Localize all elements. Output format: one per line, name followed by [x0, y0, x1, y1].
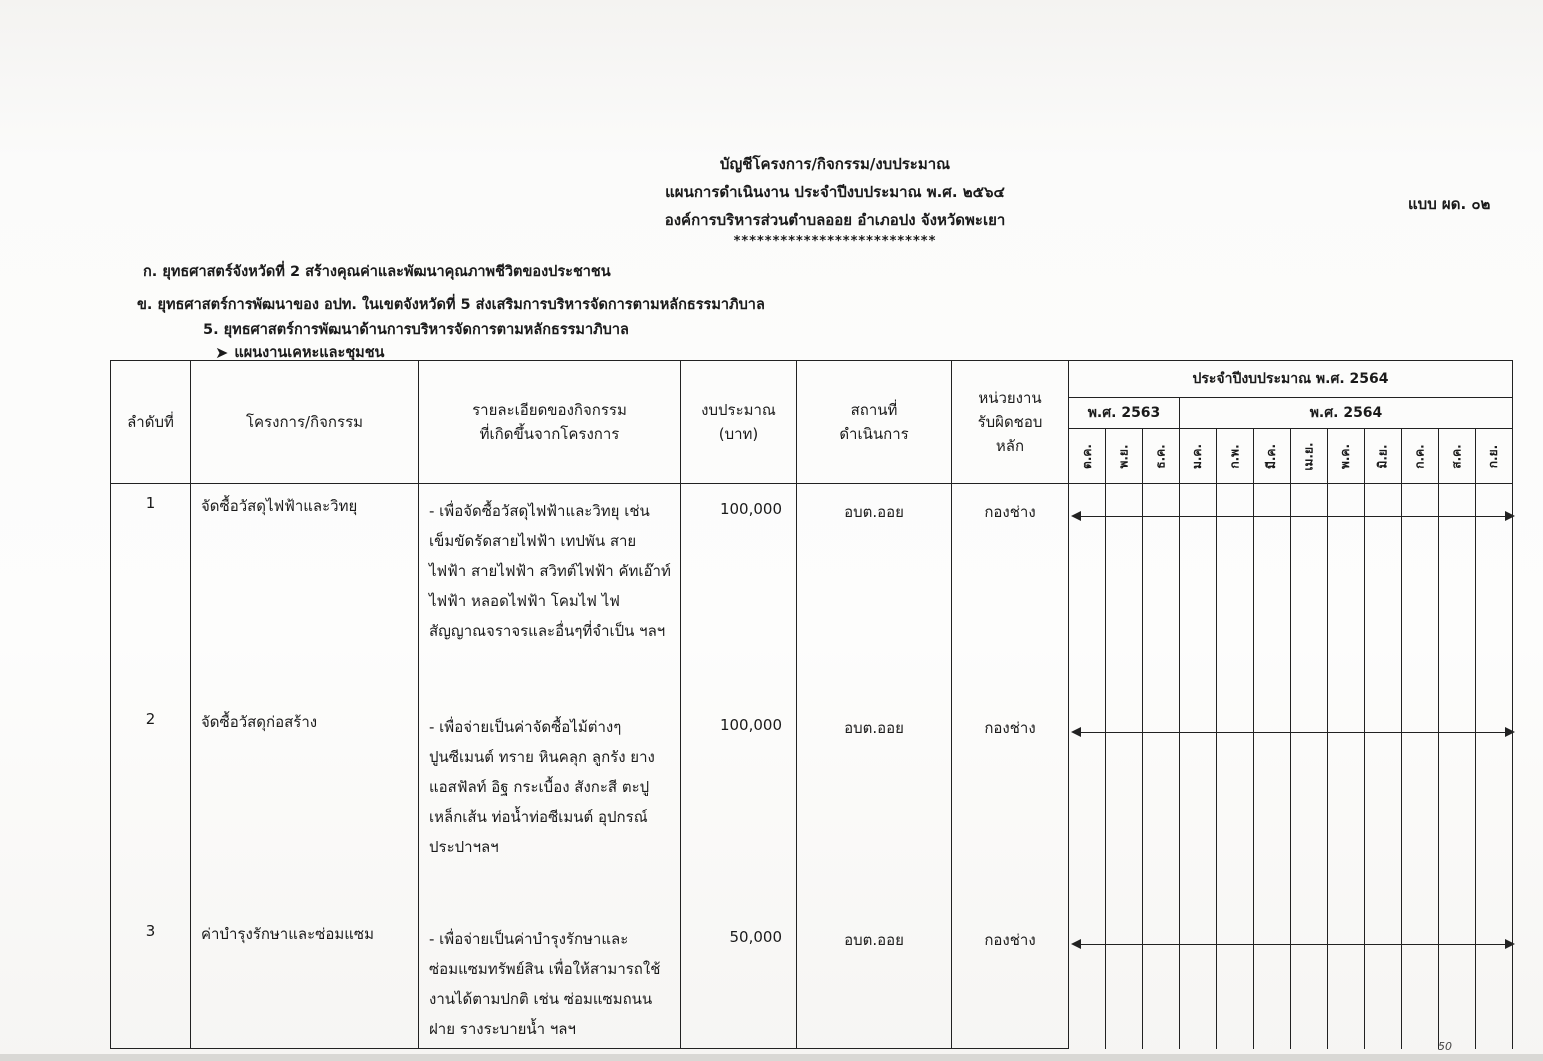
month-cell	[1180, 912, 1217, 1049]
month-cell	[1328, 912, 1365, 1049]
month-cell	[1217, 700, 1254, 912]
month-cell	[1291, 912, 1328, 1049]
month-cell	[1402, 484, 1439, 701]
month-label: พ.ย.	[1115, 444, 1134, 468]
month-label: ธ.ค.	[1152, 444, 1171, 468]
header-unit-line3: หลัก	[952, 434, 1068, 458]
local-strategy: ข. ยุทธศาสตร์การพัฒนาของ อปท. ในเขตจังหว…	[137, 293, 765, 316]
month-cell	[1069, 912, 1106, 1049]
header-month: ก.พ.	[1217, 429, 1254, 484]
header-place: สถานที่ ดำเนินการ	[797, 361, 952, 484]
month-cell	[1254, 484, 1291, 701]
month-cell	[1476, 484, 1513, 701]
header-detail: รายละเอียดของกิจกรรม ที่เกิดขึ้นจากโครงก…	[419, 361, 681, 484]
month-cell	[1439, 912, 1476, 1049]
month-cell	[1217, 484, 1254, 701]
header-month: ก.ค.	[1402, 429, 1439, 484]
activity-detail: - เพื่อจ่ายเป็นค่าจัดซื้อไม้ต่างๆ ปูนซีเ…	[419, 700, 681, 912]
row-number: 1	[111, 484, 191, 701]
month-label: พ.ค.	[1337, 444, 1356, 469]
header-unit-line2: รับผิดชอบ	[952, 410, 1068, 434]
month-cell	[1365, 484, 1402, 701]
location: อบต.ออย	[797, 912, 952, 1049]
scan-edge	[0, 1054, 1543, 1061]
activity-detail: - เพื่อจัดซื้อวัสดุไฟฟ้าและวิทยุ เช่น เข…	[419, 484, 681, 701]
header-no: ลำดับที่	[111, 361, 191, 484]
development-strategy: 5. ยุทธศาสตร์การพัฒนาด้านการบริหารจัดการ…	[203, 318, 629, 341]
province-strategy: ก. ยุทธศาสตร์จังหวัดที่ 2 สร้างคุณค่าและ…	[143, 260, 611, 283]
header-fiscal-year: ประจำปีงบประมาณ พ.ศ. 2564	[1069, 361, 1513, 398]
header-month: ม.ค.	[1180, 429, 1217, 484]
project-plan-table: ลำดับที่ โครงการ/กิจกรรม รายละเอียดของกิ…	[110, 360, 1513, 1049]
header-project: โครงการ/กิจกรรม	[191, 361, 419, 484]
month-cell	[1254, 700, 1291, 912]
location: อบต.ออย	[797, 484, 952, 701]
header-month: พ.ย.	[1106, 429, 1143, 484]
month-cell	[1439, 700, 1476, 912]
month-cell	[1143, 484, 1180, 701]
budget-amount: 100,000	[681, 700, 797, 912]
header-month: มิ.ย.	[1365, 429, 1402, 484]
month-label: ส.ค.	[1448, 444, 1467, 468]
month-label: มี.ค.	[1263, 444, 1282, 469]
month-cell	[1069, 484, 1106, 701]
month-cell	[1180, 484, 1217, 701]
header-month: มี.ค.	[1254, 429, 1291, 484]
location: อบต.ออย	[797, 700, 952, 912]
header-month: ก.ย.	[1476, 429, 1513, 484]
header-month: ธ.ค.	[1143, 429, 1180, 484]
header-budget-line2: (บาท)	[681, 422, 796, 446]
header-place-line2: ดำเนินการ	[797, 422, 951, 446]
responsible-unit: กองช่าง	[952, 912, 1069, 1049]
month-cell	[1180, 700, 1217, 912]
project-name: ค่าบำรุงรักษาและซ่อมแซม	[191, 912, 419, 1049]
header-month: ต.ค.	[1069, 429, 1106, 484]
title-line-3: องค์การบริหารส่วนตำบลออย อำเภอปง จังหวัด…	[600, 206, 1070, 234]
month-label: ก.พ.	[1225, 444, 1244, 468]
header-budget-line1: งบประมาณ	[681, 398, 796, 422]
project-name: จัดซื้อวัสดุไฟฟ้าและวิทยุ	[191, 484, 419, 701]
month-cell	[1217, 912, 1254, 1049]
table-row: 2จัดซื้อวัสดุก่อสร้าง- เพื่อจ่ายเป็นค่าจ…	[111, 700, 1513, 912]
month-label: เม.ย.	[1299, 442, 1318, 470]
month-label: ก.ค.	[1410, 444, 1429, 468]
month-cell	[1476, 912, 1513, 1049]
header-unit-line1: หน่วยงาน	[952, 386, 1068, 410]
page-number: 50	[1438, 1040, 1452, 1053]
project-name: จัดซื้อวัสดุก่อสร้าง	[191, 700, 419, 912]
budget-amount: 50,000	[681, 912, 797, 1049]
header-year-prev: พ.ศ. 2563	[1069, 398, 1180, 429]
document-title: บัญชีโครงการ/กิจกรรม/งบประมาณ แผนการดำเน…	[600, 150, 1070, 250]
month-cell	[1439, 484, 1476, 701]
header-detail-line1: รายละเอียดของกิจกรรม	[419, 398, 680, 422]
title-separator: **************************	[600, 234, 1070, 250]
row-number: 2	[111, 700, 191, 912]
month-cell	[1365, 700, 1402, 912]
month-cell	[1291, 484, 1328, 701]
table-row: 1จัดซื้อวัสดุไฟฟ้าและวิทยุ- เพื่อจัดซื้อ…	[111, 484, 1513, 701]
header-month: เม.ย.	[1291, 429, 1328, 484]
header-month: ส.ค.	[1439, 429, 1476, 484]
month-cell	[1143, 912, 1180, 1049]
table-row: 3ค่าบำรุงรักษาและซ่อมแซม- เพื่อจ่ายเป็นค…	[111, 912, 1513, 1049]
header-place-line1: สถานที่	[797, 398, 951, 422]
activity-detail: - เพื่อจ่ายเป็นค่าบำรุงรักษาและซ่อมแซมทร…	[419, 912, 681, 1049]
title-line-1: บัญชีโครงการ/กิจกรรม/งบประมาณ	[600, 150, 1070, 178]
header-budget: งบประมาณ (บาท)	[681, 361, 797, 484]
month-cell	[1291, 700, 1328, 912]
month-label: ม.ค.	[1189, 444, 1208, 469]
month-cell	[1328, 700, 1365, 912]
month-cell	[1328, 484, 1365, 701]
header-year-curr: พ.ศ. 2564	[1180, 398, 1513, 429]
month-label: ก.ย.	[1484, 445, 1503, 468]
month-cell	[1106, 484, 1143, 701]
month-cell	[1254, 912, 1291, 1049]
title-line-2: แผนการดำเนินงาน ประจำปีงบประมาณ พ.ศ. ๒๕๖…	[600, 178, 1070, 206]
document-page: บัญชีโครงการ/กิจกรรม/งบประมาณ แผนการดำเน…	[0, 0, 1543, 1061]
month-label: มิ.ย.	[1374, 444, 1393, 468]
form-code: แบบ ผด. ๐๒	[1408, 192, 1490, 216]
month-cell	[1402, 700, 1439, 912]
month-label: ต.ค.	[1078, 444, 1097, 469]
month-cell	[1069, 700, 1106, 912]
month-cell	[1365, 912, 1402, 1049]
header-unit: หน่วยงาน รับผิดชอบ หลัก	[952, 361, 1069, 484]
month-cell	[1143, 700, 1180, 912]
budget-amount: 100,000	[681, 484, 797, 701]
header-detail-line2: ที่เกิดขึ้นจากโครงการ	[419, 422, 680, 446]
row-number: 3	[111, 912, 191, 1049]
month-cell	[1106, 912, 1143, 1049]
responsible-unit: กองช่าง	[952, 484, 1069, 701]
month-cell	[1402, 912, 1439, 1049]
responsible-unit: กองช่าง	[952, 700, 1069, 912]
header-month: พ.ค.	[1328, 429, 1365, 484]
month-cell	[1476, 700, 1513, 912]
month-cell	[1106, 700, 1143, 912]
